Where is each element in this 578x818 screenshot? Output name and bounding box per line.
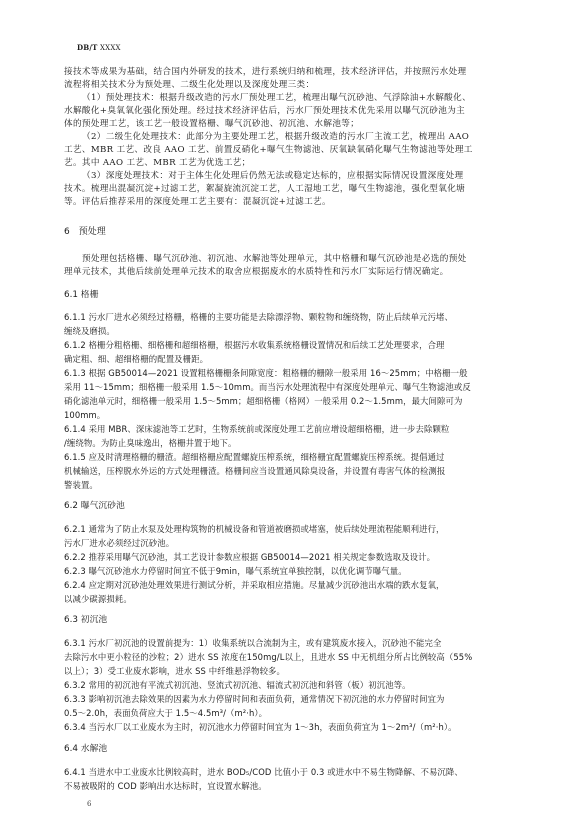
- subsection-heading: 6.1 格栅: [64, 289, 518, 301]
- clause-line: 6.2.1 通常为了防止水泵及处理构筑物的机械设备和管道被磨损或堵塞，使后续处理…: [64, 523, 518, 535]
- body-text-line: 等。评估后推荐采用的深度处理工艺主要有：混凝沉淀+过滤工艺。: [64, 196, 518, 208]
- clause-line: 6.1.5 应及时清理格栅的栅渣。超细格栅应配置螺旋压榨系统，细格栅宜配置螺旋压…: [64, 451, 518, 463]
- clause-line: 6.1.1 污水厂进水必须经过格栅，格栅的主要功能是去除漂浮物、颗粒物和缠绕物，…: [64, 311, 518, 323]
- body-text-line: 理单元技术，其他后续前处理单元技术的取舍应根据废水的水质特性和污水厂实际运行情况…: [64, 266, 518, 278]
- clause-line: /缠绕物。为防止臭味逸出，格栅井置于地下。: [64, 437, 518, 449]
- body-text-line: 艺。其中 AAO 工艺、MBR 工艺为优选工艺；: [64, 157, 518, 169]
- standard-code-prefix: DB/T: [77, 43, 98, 52]
- clause-line: 6.1.4 采用 MBR、深床滤池等工艺时，生物系统前或深度处理工艺前应增设超细…: [64, 423, 518, 435]
- clause-line: 0.5～2.0h，表面负荷应大于 1.5～4.5m³/（m²·h）。: [64, 707, 518, 719]
- clause-line: 机械输送，压榨脱水外运的方式处理栅渣。格栅间应当设置通风除臭设备，并设置有毒害气…: [64, 465, 518, 477]
- clause-line: 以减少碳源损耗。: [64, 593, 518, 605]
- clause-line: 污水厂进水必须经过沉砂池。: [64, 537, 518, 549]
- body-text-line: （2）二级生化处理技术：此部分为主要处理工艺，根据升级改造的污水厂主流工艺，梳理…: [64, 131, 536, 143]
- subsection-heading: 6.4 水解池: [64, 743, 518, 755]
- clause-line: 100mm。: [64, 409, 518, 421]
- standard-code-number: XXXX: [100, 44, 121, 52]
- document-page: DB/T XXXX 接技术等成果为基础，结合国内外研发的技术，进行系统归纳和梳理…: [0, 0, 578, 818]
- clause-line: 采用 11～15mm；细格栅一般采用 1.5～10mm。而当污水处理流程中有深度…: [64, 381, 518, 393]
- clause-line: 6.2.3 曝气沉砂池水力停留时间宜不低于9min，曝气系统宜单独控制，以优化调…: [64, 565, 518, 577]
- clause-line: 去除污水中更小粒径的沙粒；2）进水 SS 浓度在150mg/L以上，且进水 SS…: [64, 651, 518, 663]
- body-text-line: 预处理包括格栅、曝气沉砂池、初沉池、水解池等处理单元，其中格栅和曝气沉砂池是必选…: [64, 253, 536, 265]
- clause-line: 缠绕及磨损。: [64, 325, 518, 337]
- clause-line: 6.3.2 常用的初沉池有平流式初沉池、竖流式初沉池、辐流式初沉池和斜管（板）初…: [64, 679, 518, 691]
- subsection-heading: 6.2 曝气沉砂池: [64, 500, 518, 512]
- clause-line: 确定粗、细、超细格栅的配置及栅距。: [64, 353, 518, 365]
- body-text-line: （3）深度处理技术：对于主体生化处理后仍然无法或稳定达标的，应根据实际情况设置深…: [64, 170, 536, 182]
- body-text-line: 体的预处理工艺，该工艺一般设置格栅、曝气沉砂池、初沉池、水解池等；: [64, 118, 518, 130]
- clause-line: 6.2.4 应定期对沉砂池处理效果进行测试分析，并采取相应措施。尽量减少沉砂池出…: [64, 579, 518, 591]
- clause-line: 硝化滤池单元时，细格栅一般采用 1.5～5mm；超细格栅（格网）一般采用 0.2…: [64, 395, 518, 407]
- body-text-line: 接技术等成果为基础，结合国内外研发的技术，进行系统归纳和梳理，技术经济评估，并按…: [64, 66, 518, 78]
- clause-line: 6.3.3 影响初沉池去除效果的因素为水力停留时间和表面负荷，通常情况下初沉池的…: [64, 693, 518, 705]
- clause-line: 警装置。: [64, 479, 518, 491]
- clause-line: 6.3.1 污水厂初沉池的设置前提为：1）收集系统以合流制为主，或有建筑废水接入…: [64, 637, 518, 649]
- page-number: 6: [87, 800, 91, 808]
- page-header: DB/T XXXX: [77, 43, 121, 52]
- body-text-line: 工艺、MBR 工艺、改良 AAO 工艺、前置反硝化+曝气生物滤池、厌氧缺氧硝化曝…: [64, 144, 518, 156]
- clause-line: 6.1.2 格栅分粗格栅、细格栅和超细格栅，根据污水收集系统格栅设置情况和后续工…: [64, 339, 518, 351]
- clause-line: 不易被吸附的 COD 影响出水达标时，宜设置水解池。: [64, 780, 518, 792]
- section-heading: 6 预处理: [64, 226, 518, 238]
- clause-line: 6.4.1 当进水中工业废水比例较高时，进水 BOD₅/COD 比值小于 0.3…: [64, 766, 518, 778]
- clause-line: 6.1.3 根据 GB50014—2021 设置粗格栅栅条间隙宽度：粗格栅的栅隙…: [64, 367, 518, 379]
- body-text-line: 技术。梳理出混凝沉淀+过滤工艺，絮凝旋流沉淀工艺，人工湿地工艺，曝气生物滤池，强…: [64, 183, 518, 195]
- clause-line: 6.2.2 推荐采用曝气沉砂池，其工艺设计参数应根据 GB50014—2021 …: [64, 551, 518, 563]
- clause-line: 以上）；3）受工业废水影响，进水 SS 中纤维悬浮物较多。: [64, 665, 518, 677]
- body-text-line: 水解酸化+臭氧氧化强化预处理。经过技术经济评估后，污水厂预处理技术优先采用以曝气…: [64, 105, 518, 117]
- clause-line: 6.3.4 当污水厂以工业废水为主时，初沉池水力停留时间宜为 1～3h，表面负荷…: [64, 721, 518, 733]
- body-text-line: 流程将相关技术分为预处理、二级生化处理以及深度处理三类：: [64, 79, 518, 91]
- subsection-heading: 6.3 初沉池: [64, 614, 518, 626]
- body-text-line: （1）预处理技术：根据升级改造的污水厂预处理工艺，梳理出曝气沉砂池、气浮除油+水…: [64, 92, 536, 104]
